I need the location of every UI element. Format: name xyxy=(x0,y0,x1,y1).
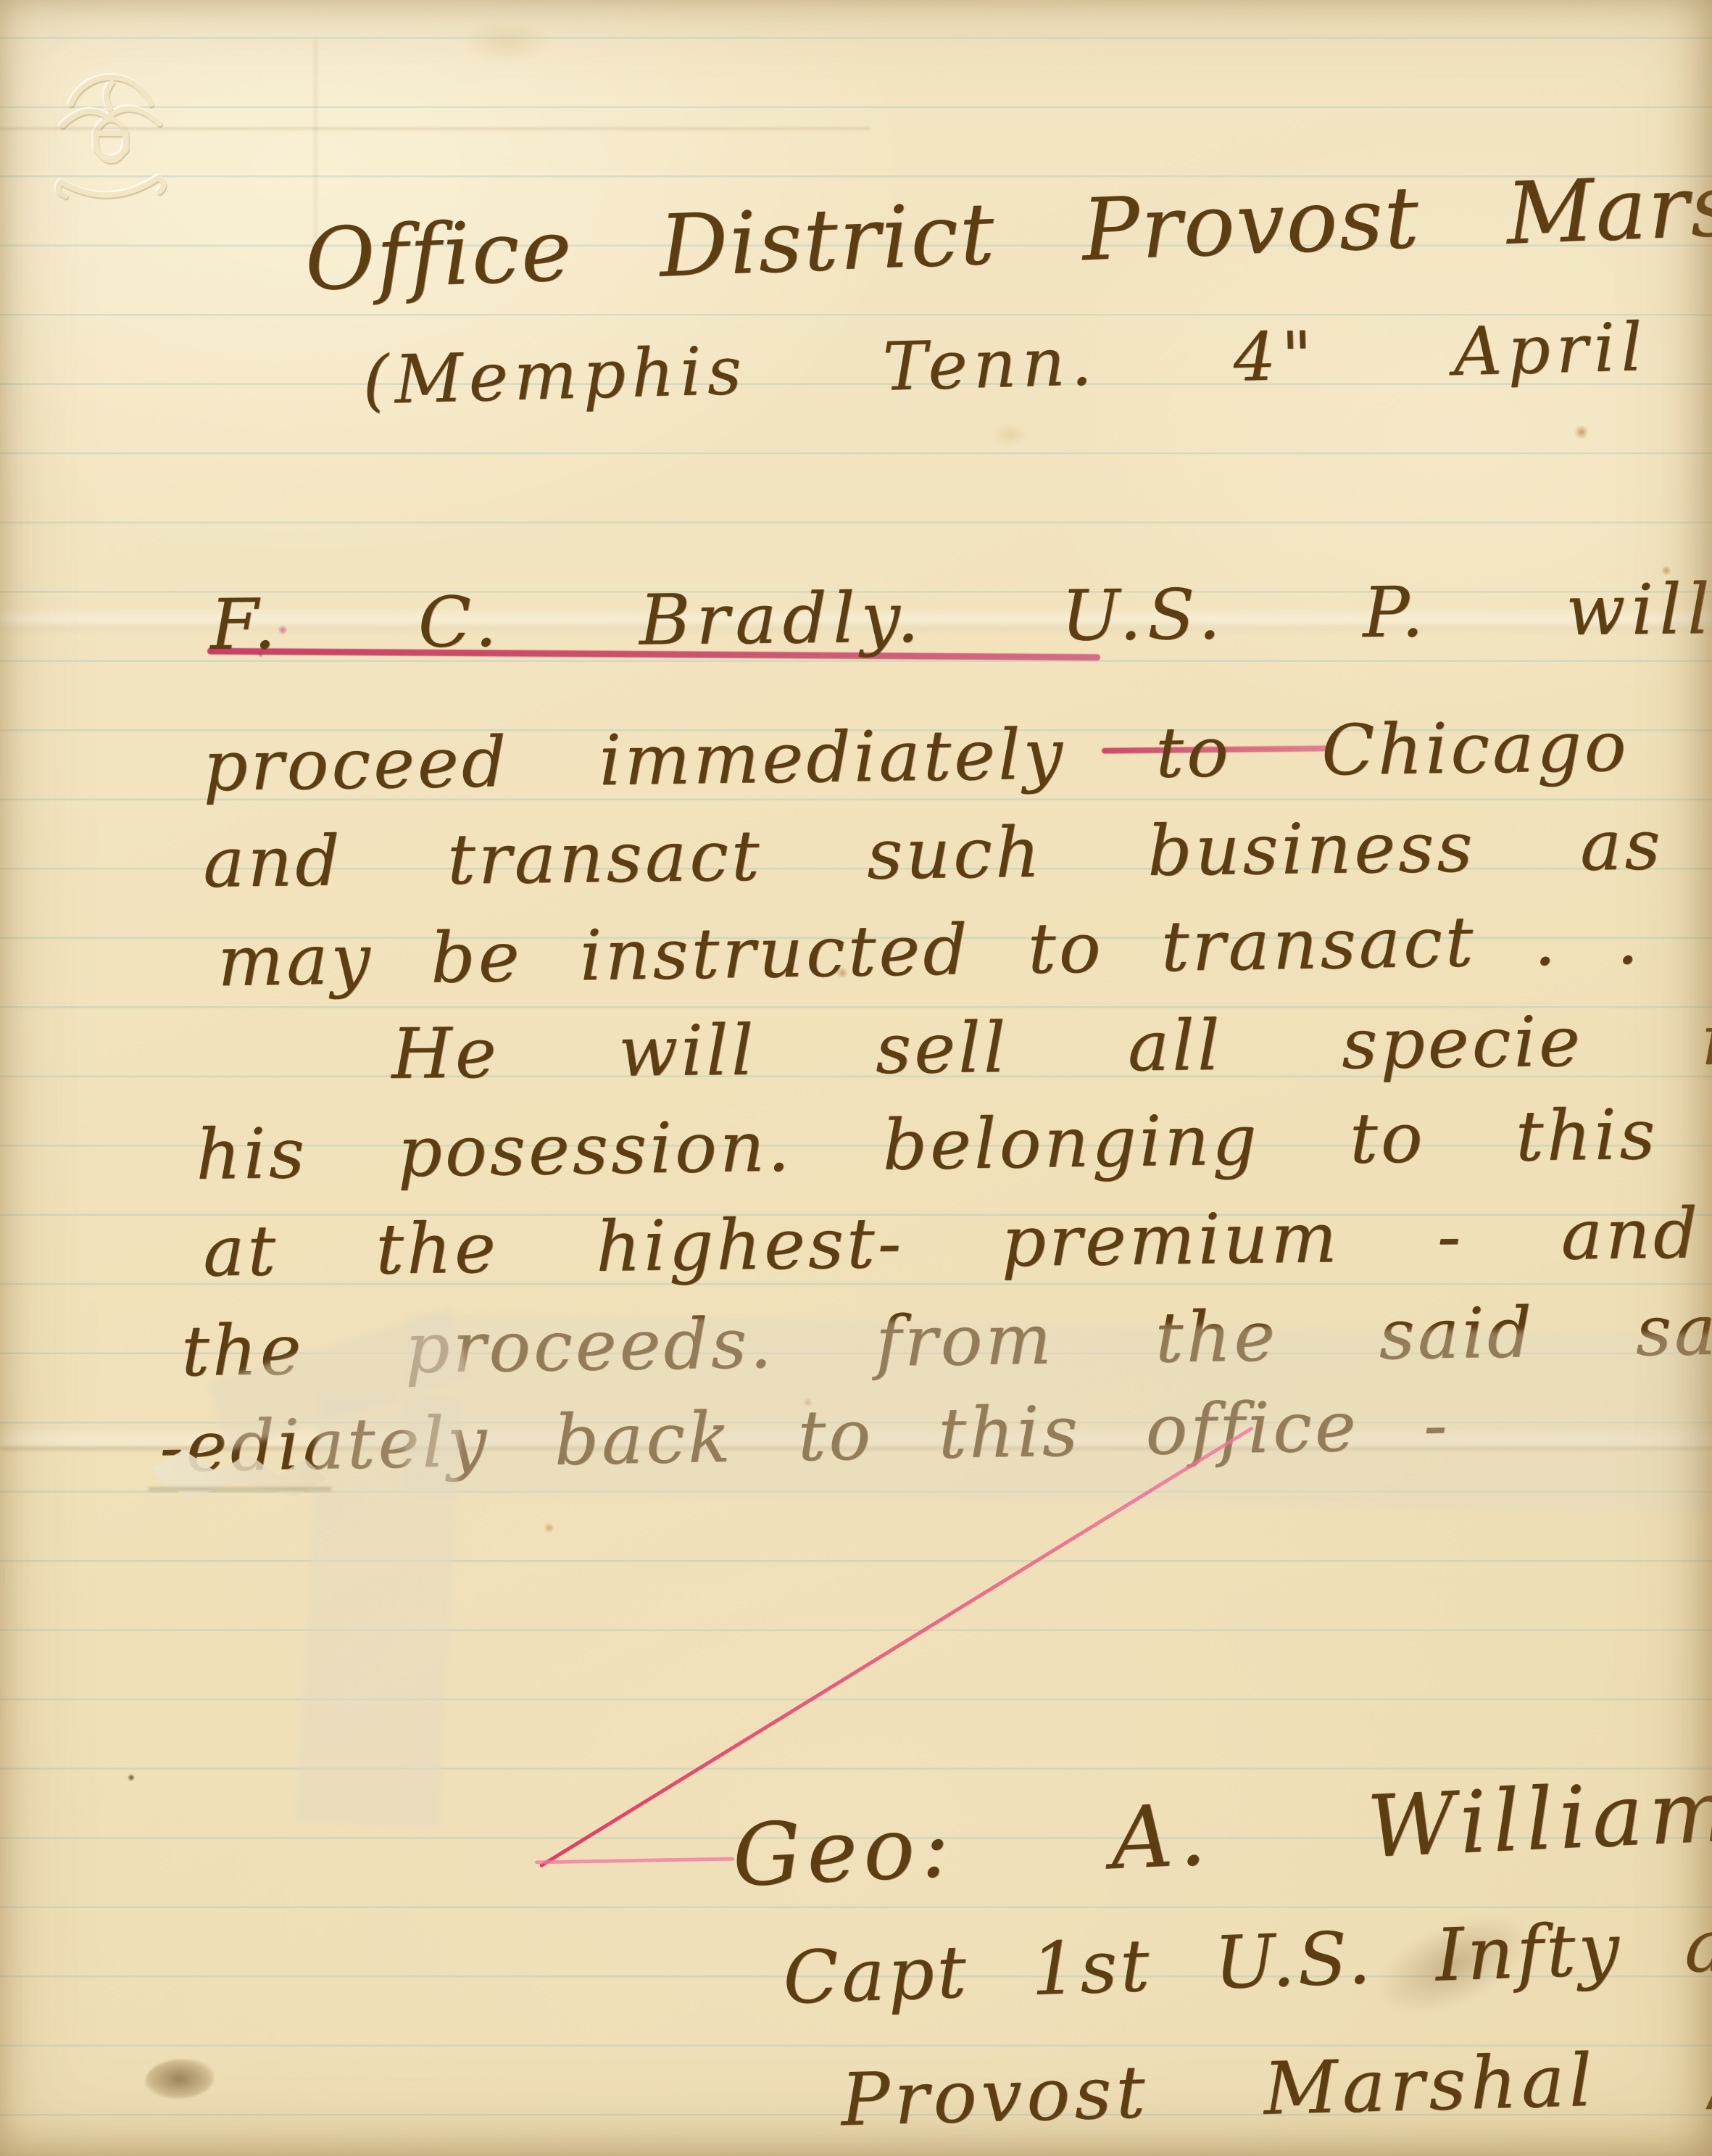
body-line-5: He will sell all specie in xyxy=(391,999,1712,1095)
body-line-2: proceed immediately to Chicago Ill's xyxy=(202,702,1712,807)
body-line-7: at the highest- premium - and report xyxy=(202,1189,1712,1293)
foxing-spot xyxy=(544,1522,554,1533)
stain-soft xyxy=(464,20,551,64)
embossed-eagle-seal-icon xyxy=(45,35,177,228)
fold-crease-top xyxy=(0,128,870,130)
paper-tear-shadow xyxy=(149,1488,331,1490)
body-line-6: his posession. belonging to this office xyxy=(195,1090,1712,1195)
tape-repair-horizontal xyxy=(404,1314,1712,1514)
body-line-4: may be instructed to transact . . xyxy=(217,899,1642,1003)
signature-title-line: Provost Marshal / xyxy=(840,2034,1712,2142)
body-line-1: F. C. Bradly. U.S. P. will xyxy=(209,568,1712,666)
pink-check-base xyxy=(535,1857,734,1865)
foxing-spot xyxy=(1574,425,1589,439)
signature-rank-line: Capt 1st U.S. Infty and xyxy=(781,1899,1712,2020)
body-line-3: and transact such business as he xyxy=(202,802,1712,903)
letterhead-place-date-line: (Memphis Tenn. 4" April 1864. xyxy=(362,299,1712,419)
ink-dot xyxy=(128,1774,135,1781)
tape-repair-vertical xyxy=(296,1392,462,1828)
stain-soft xyxy=(993,424,1026,446)
letter-page: Office District Provost Marshal (Memphis… xyxy=(0,0,1712,2156)
signature-name: Geo: A. Williams xyxy=(731,1758,1712,1906)
letterhead-office-line: Office District Provost Marshal xyxy=(303,149,1712,310)
stain-blotch xyxy=(145,2059,214,2099)
